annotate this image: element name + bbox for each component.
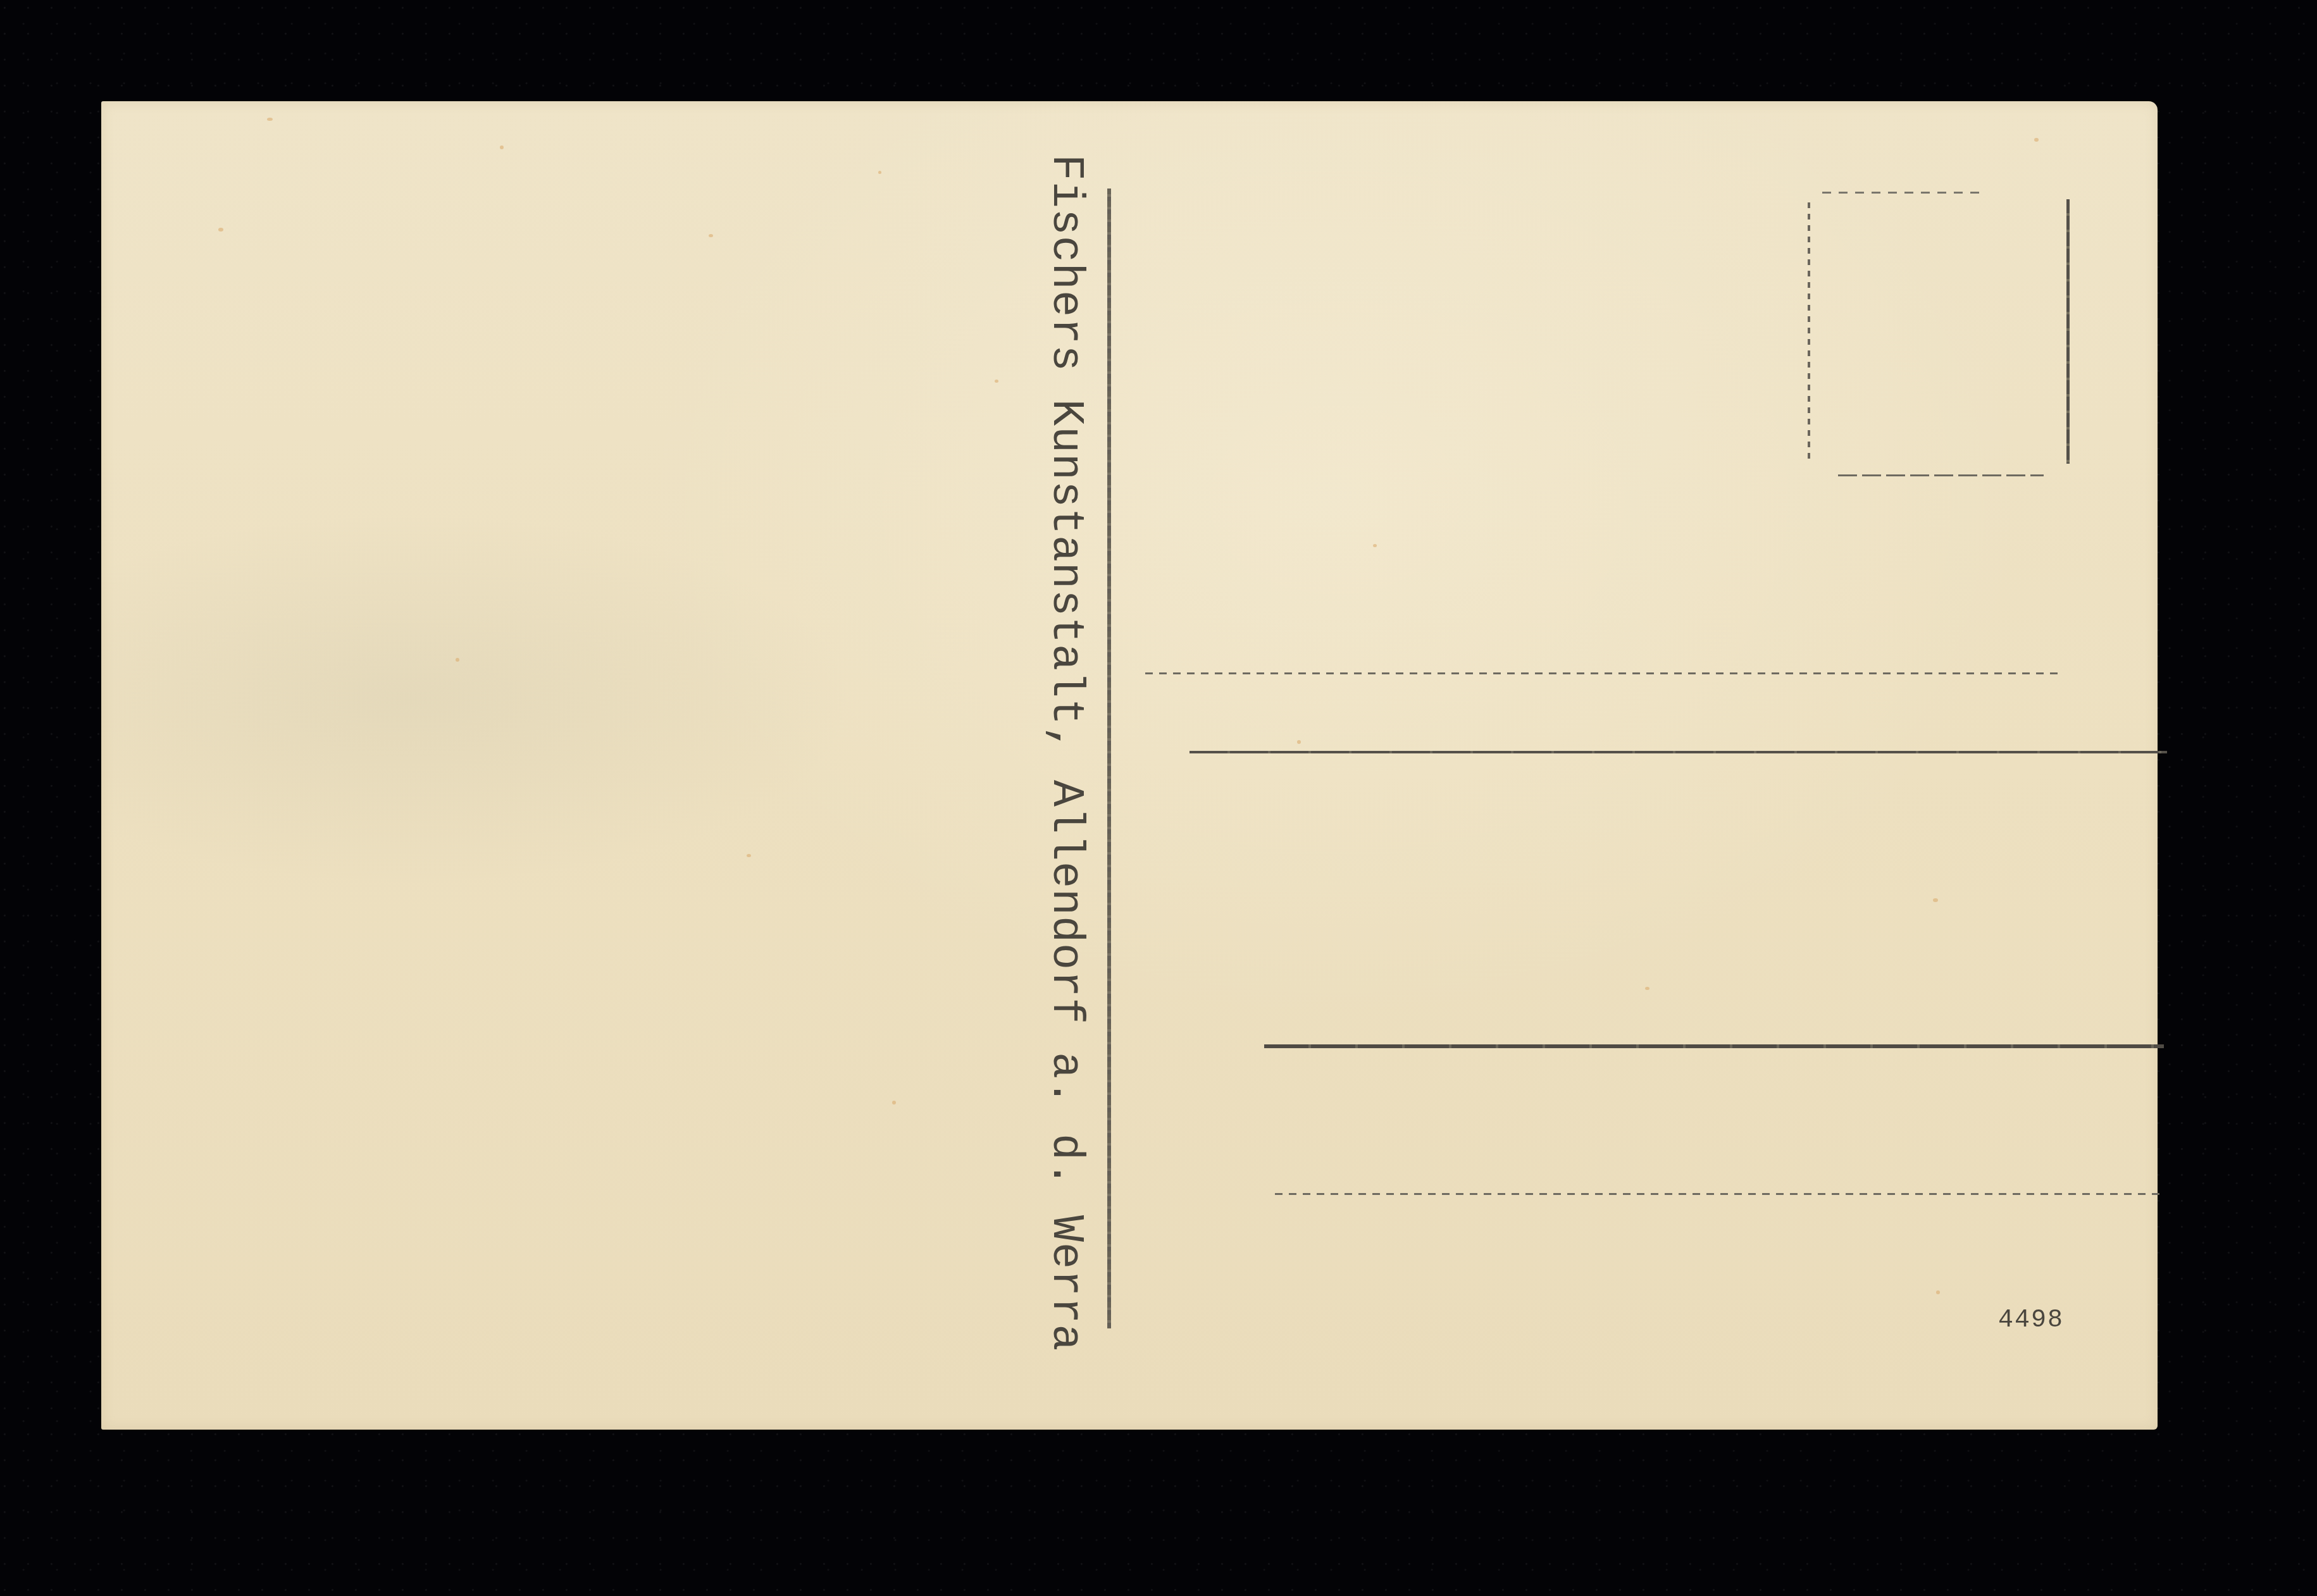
publisher-imprint-text: Fischers Kunstanstalt, Allendorf a. d. W… <box>1040 154 1090 1351</box>
foxing-spot <box>709 234 713 237</box>
center-divider-line <box>1107 189 1111 1328</box>
stamp-box-right-edge <box>2066 199 2070 464</box>
stamp-box-left-edge <box>1808 202 1810 464</box>
address-line-2 <box>1190 751 2167 753</box>
foxing-spot <box>878 171 881 174</box>
foxing-spot <box>747 854 751 857</box>
stamp-box-bottom-edge <box>1838 474 2044 476</box>
foxing-spot <box>456 658 459 662</box>
foxing-spot <box>892 1101 896 1104</box>
stamp-box-top-edge <box>1822 192 1980 194</box>
card-number: 4498 <box>1998 1306 2064 1335</box>
foxing-spot <box>1645 987 1649 990</box>
address-line-3 <box>1264 1044 2164 1048</box>
foxing-spot <box>2034 138 2039 142</box>
foxing-spot <box>1373 544 1377 547</box>
postcard-back: Fischers Kunstanstalt, Allendorf a. d. W… <box>101 101 2158 1430</box>
foxing-spot <box>1936 1290 1940 1294</box>
foxing-spot <box>218 228 223 232</box>
foxing-spot <box>1933 898 1938 902</box>
foxing-spot <box>267 118 273 121</box>
foxing-spot <box>1297 740 1301 744</box>
foxing-spot <box>500 145 504 149</box>
address-line-4 <box>1275 1193 2161 1195</box>
address-line-1 <box>1145 672 2059 674</box>
foxing-spot <box>995 380 998 383</box>
